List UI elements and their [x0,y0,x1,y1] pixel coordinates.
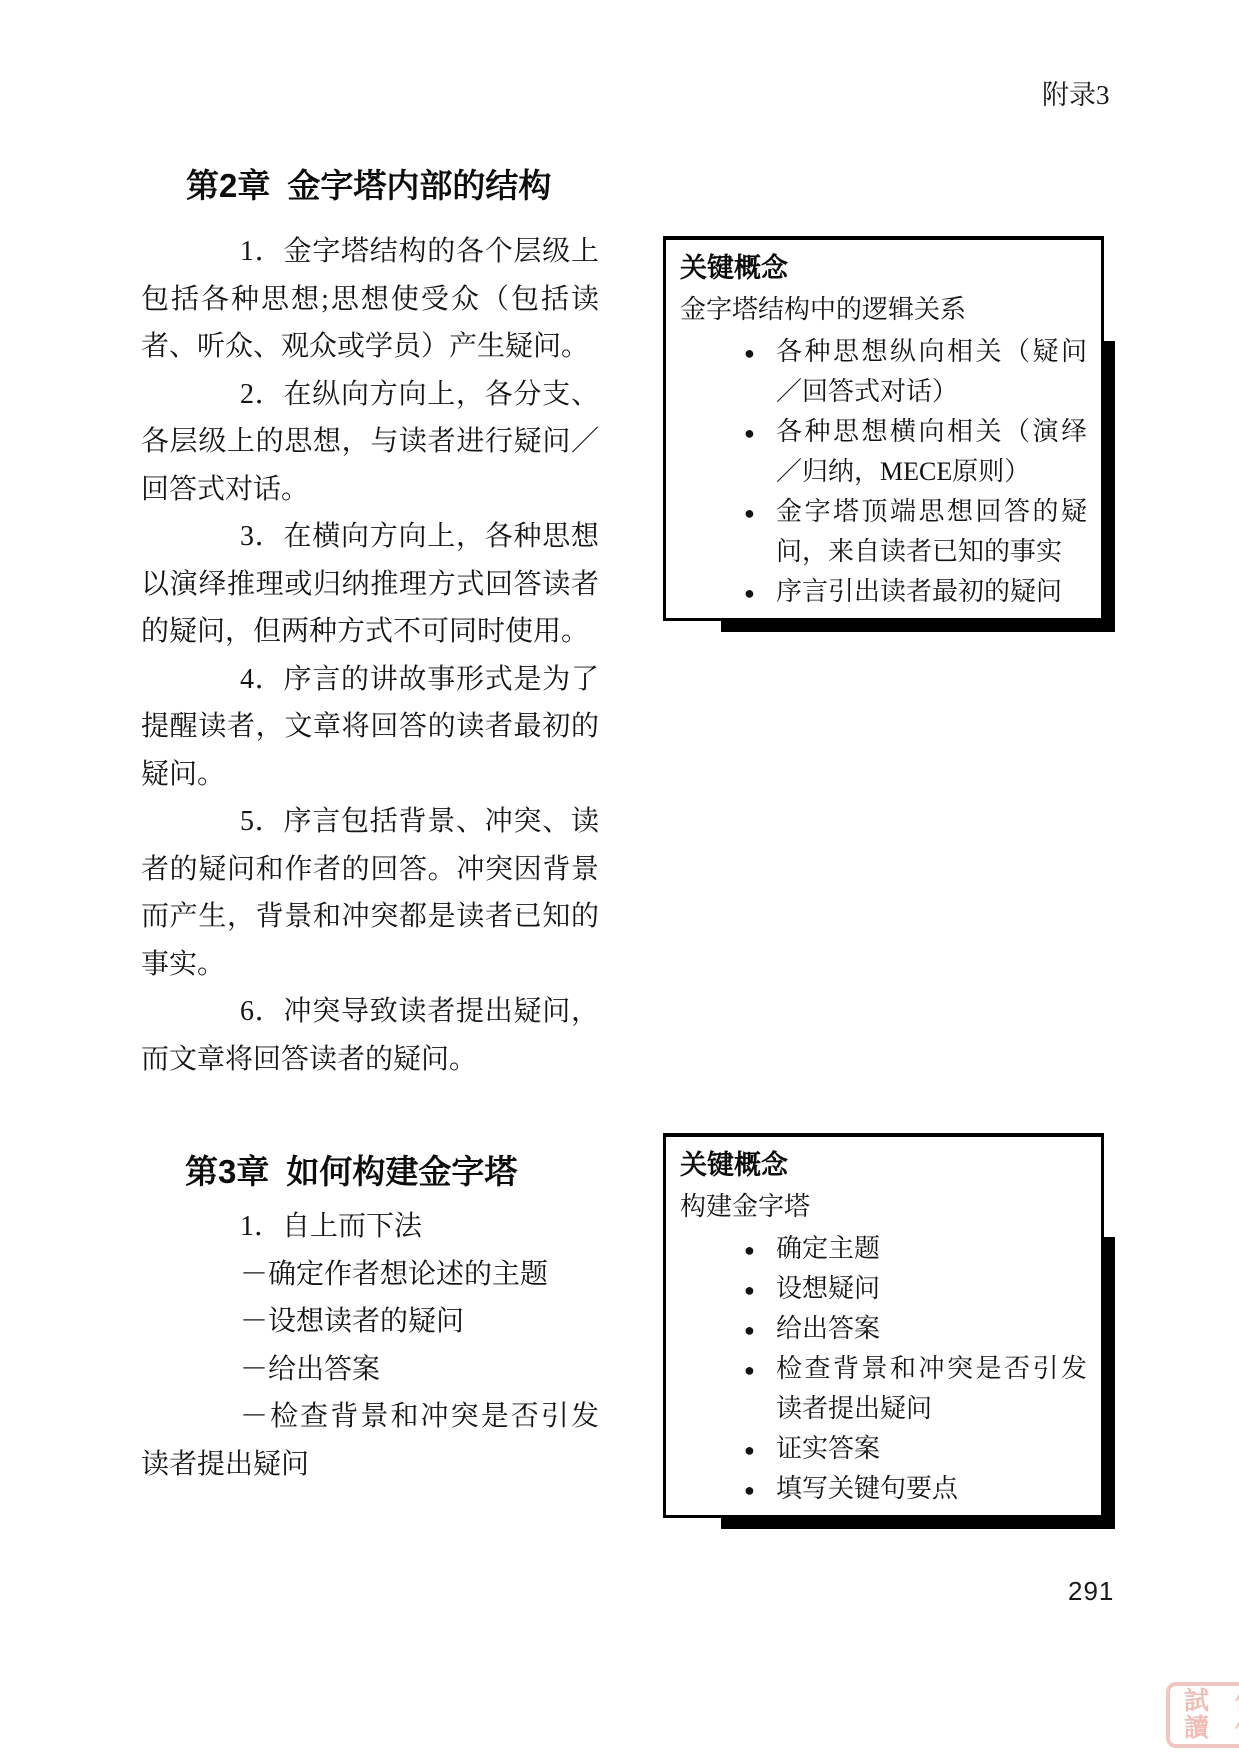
trial-reading-stamp: 試僅讀供 [1166,1682,1239,1748]
chapter2-heading: 第2章金字塔内部的结构 [186,160,551,207]
key-concept-box-1: 关键概念 金字塔结构中的逻辑关系 各种思想纵向相关（疑问／回答式对话）各种思想横… [663,236,1104,621]
body-paragraph: 1．自上而下法 [141,1203,599,1251]
body-paragraph: 4．序言的讲故事形式是为了提醒读者，文章将回答的读者最初的疑问。 [141,656,599,799]
keybox2-bullet: 填写关键句要点 [744,1469,1087,1509]
body-paragraph: 2．在纵向方向上，各分支、各层级上的思想，与读者进行疑问／回答式对话。 [141,371,599,514]
keybox2-bullet: 给出答案 [744,1309,1087,1349]
book-page: 附录3 第2章金字塔内部的结构 1．金字塔结构的各个层级上包括各种思想;思想使受… [0,0,1239,1754]
keybox1-heading: 关键概念 [680,248,1087,289]
keybox2-bullet: 设想疑问 [744,1269,1087,1309]
body-paragraph: －设想读者的疑问 [141,1298,599,1346]
body-paragraph: －检查背景和冲突是否引发读者提出疑问 [141,1393,599,1488]
key-concept-box-2: 关键概念 构建金字塔 确定主题设想疑问给出答案检查背景和冲突是否引发读者提出疑问… [663,1133,1104,1518]
chapter3-label: 第3章 [185,1153,269,1190]
keybox1-bullet: 金字塔顶端思想回答的疑问，来自读者已知的事实 [744,492,1087,572]
chapter3-title: 如何构建金字塔 [286,1153,517,1190]
keybox1-subtitle: 金字塔结构中的逻辑关系 [680,289,1087,330]
body-paragraph: 3．在横向方向上，各种思想以演绎推理或归纳推理方式回答读者的疑问，但两种方式不可… [141,513,599,656]
keybox2-subtitle: 构建金字塔 [680,1186,1087,1227]
body-paragraph: 1．金字塔结构的各个层级上包括各种思想;思想使受众（包括读者、听众、观众或学员）… [141,228,599,371]
stamp-character: 供 [1225,1715,1239,1742]
keybox2-heading: 关键概念 [680,1145,1087,1186]
keybox2-bullet: 证实答案 [744,1429,1087,1469]
keybox1-bullet-list: 各种思想纵向相关（疑问／回答式对话）各种思想横向相关（演绎／归纳，MECE原则）… [744,332,1087,612]
keybox1-bullet: 各种思想纵向相关（疑问／回答式对话） [744,332,1087,412]
body-paragraph: －给出答案 [141,1346,599,1394]
keybox2-shadow-bottom [721,1518,1115,1529]
keybox1-bullet: 各种思想横向相关（演绎／归纳，MECE原则） [744,412,1087,492]
keybox1-bullet: 序言引出读者最初的疑问 [744,572,1087,612]
chapter2-label: 第2章 [186,167,270,204]
stamp-character: 讀 [1174,1715,1219,1742]
keybox1-shadow-bottom [721,621,1115,632]
keybox2-bullet: 确定主题 [744,1229,1087,1269]
running-head: 附录3 [1042,73,1110,112]
keybox1-shadow-right [1104,341,1115,632]
chapter3-heading: 第3章如何构建金字塔 [185,1146,517,1193]
chapter3-items: 1．自上而下法－确定作者想论述的主题－设想读者的疑问－给出答案－检查背景和冲突是… [141,1203,599,1488]
keybox2-shadow-right [1104,1237,1115,1529]
chapter2-paragraphs: 1．金字塔结构的各个层级上包括各种思想;思想使受众（包括读者、听众、观众或学员）… [141,228,599,1083]
body-paragraph: 5．序言包括背景、冲突、读者的疑问和作者的回答。冲突因背景而产生，背景和冲突都是… [141,798,599,988]
body-paragraph: －确定作者想论述的主题 [141,1251,599,1299]
keybox2-bullet: 检查背景和冲突是否引发读者提出疑问 [744,1349,1087,1429]
keybox2-bullet-list: 确定主题设想疑问给出答案检查背景和冲突是否引发读者提出疑问证实答案填写关键句要点 [744,1229,1087,1509]
stamp-character: 試 [1174,1688,1219,1715]
body-paragraph: 6．冲突导致读者提出疑问，而文章将回答读者的疑问。 [141,988,599,1083]
stamp-character: 僅 [1225,1688,1239,1715]
chapter2-title: 金字塔内部的结构 [287,167,551,204]
page-number: 291 [1068,1576,1114,1607]
